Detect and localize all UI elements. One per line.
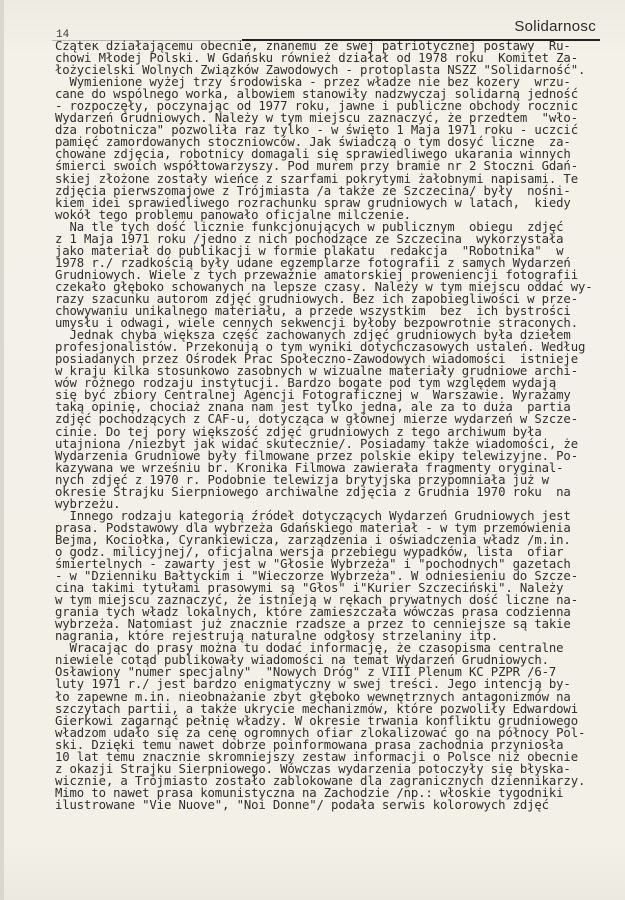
text-line: szczytach partii, a także ukrycie mechan… (55, 703, 615, 715)
text-line: ski. Dzięki temu nawet dobrze poinformow… (55, 739, 615, 751)
text-line: wokół tego problemu panowało oficjalne m… (55, 209, 615, 221)
text-line: z 1 Maja 1971 roku /jedno z nich pochodz… (55, 233, 615, 245)
article-body: Cząteк działającemu obecnie, znanemu ze … (55, 40, 615, 811)
text-line: kiem idei sprawiedliwego rozrachunku spr… (55, 197, 615, 209)
text-line: Na tle tych dość licznie funkcjonujących… (55, 221, 615, 233)
text-line: okresie Strajku Sierpniowego archiwalne … (55, 486, 615, 498)
text-line: władzom udało się za cenę ogromnych ofia… (55, 727, 615, 739)
text-line: cinie. Do tej pory większość zdjęć grudn… (55, 426, 615, 438)
scan-edge (0, 0, 4, 900)
text-line: zdjęć pochodzących z CAF-u, dotycząca w … (55, 413, 615, 425)
document-page: 14 Solidarnosc Cząteк działającemu obecn… (0, 0, 625, 900)
text-line: Gierkowi zagarnąć pełnię władzy. W okres… (55, 715, 615, 727)
text-line: 10 lat temu znacznie skromniejszy zestaw… (55, 751, 615, 763)
text-line: skiej złożone zostały wieńce z szarfami … (55, 173, 615, 185)
page-header: 14 Solidarnosc (52, 18, 600, 40)
text-line: ilustrowane "Vie Nuove", "Noi Donne"/ po… (55, 799, 615, 811)
masthead-title: Solidarnosc (514, 18, 596, 35)
text-line: zdjęcia pierwszomajowe z Trójmiasta /a t… (55, 185, 615, 197)
text-line: Wydarzenia Grudniowe były filmowane prze… (55, 450, 615, 462)
text-line: śmierci swoich współtowarzyszy. Pod mure… (55, 160, 615, 172)
text-line: kazywana we wrześniu br. Kronika Filmowa… (55, 462, 615, 474)
text-line: utajniona /niezbyt jak widać skutecznie/… (55, 438, 615, 450)
text-line: ło zapewne m.in. nieobnażanie zbyt głębo… (55, 691, 615, 703)
text-line: nych zdjęć z 1970 r. Podobnie telewizja … (55, 474, 615, 486)
text-line: luty 1971 r./ jest bardzo enigmatyczny w… (55, 678, 615, 690)
